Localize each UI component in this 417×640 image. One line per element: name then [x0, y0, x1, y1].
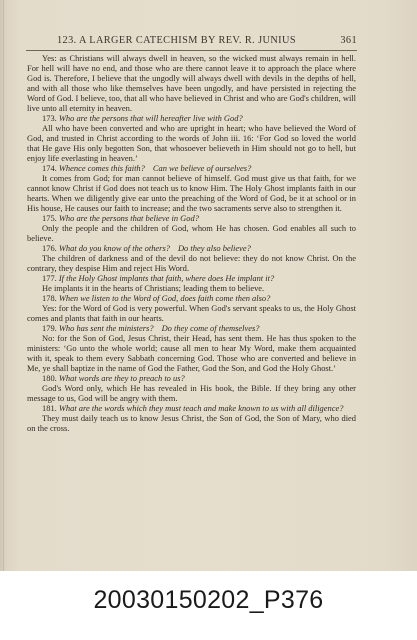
question-178: 178. When we listen to the Word of God, … — [27, 293, 356, 303]
question-number: 173. — [42, 113, 57, 123]
answer-paragraph: God's Word only, which He has revealed i… — [27, 383, 356, 403]
page-number: 361 — [340, 35, 357, 46]
question-text-secondary: Do they also believe? — [178, 243, 251, 253]
running-head-title: 123. A LARGER CATECHISM BY REV. R. JUNIU… — [57, 35, 296, 46]
page-body: Yes: as Christians will always dwell in … — [27, 53, 356, 433]
question-number: 181. — [42, 403, 57, 413]
question-text: When we listen to the Word of God, does … — [59, 293, 270, 303]
question-number: 174. — [42, 163, 57, 173]
question-174: 174. Whence comes this faith?Can we beli… — [27, 163, 356, 173]
question-176: 176. What do you know of the others?Do t… — [27, 243, 356, 253]
answer-paragraph: Yes: for the Word of God is very powerfu… — [27, 303, 356, 323]
question-173: 173. Who are the persons that will herea… — [27, 113, 356, 123]
question-number: 178. — [42, 293, 57, 303]
question-number: 176. — [42, 243, 57, 253]
answer-paragraph: He implants it in the hearts of Christia… — [27, 283, 356, 293]
question-number: 177. — [42, 273, 57, 283]
answer-paragraph: No: for the Son of God, Jesus Christ, th… — [27, 333, 356, 373]
question-text: What are the words which they must teach… — [59, 403, 344, 413]
question-text: Who are the persons that believe in God? — [59, 213, 199, 223]
question-179: 179. Who has sent the ministers?Do they … — [27, 323, 356, 333]
answer-paragraph: The children of darkness and of the devi… — [27, 253, 356, 273]
question-number: 175. — [42, 213, 57, 223]
running-header: 123. A LARGER CATECHISM BY REV. R. JUNIU… — [27, 35, 357, 49]
question-text-secondary: Do they come of themselves? — [162, 323, 260, 333]
answer-paragraph: Only the people and the children of God,… — [27, 223, 356, 243]
question-text: Who are the persons that will hereafter … — [59, 113, 243, 123]
question-175: 175. Who are the persons that believe in… — [27, 213, 356, 223]
question-number: 179. — [42, 323, 57, 333]
question-180: 180. What words are they to preach to us… — [27, 373, 356, 383]
question-text: What words are they to preach to us? — [59, 373, 185, 383]
page-edge-shadow — [3, 0, 4, 571]
question-text-secondary: Can we believe of ourselves? — [153, 163, 251, 173]
answer-paragraph: All who have been converted and who are … — [27, 123, 356, 163]
question-text: Who has sent the ministers? — [59, 323, 154, 333]
question-text: If the Holy Ghost implants that faith, w… — [59, 273, 274, 283]
question-181: 181. What are the words which they must … — [27, 403, 356, 413]
header-rule — [26, 50, 357, 51]
question-177: 177. If the Holy Ghost implants that fai… — [27, 273, 356, 283]
question-number: 180. — [42, 373, 57, 383]
scan-id-caption: 20030150202_P376 — [0, 586, 417, 615]
question-text: Whence comes this faith? — [59, 163, 145, 173]
answer-paragraph: Yes: as Christians will always dwell in … — [27, 53, 356, 113]
answer-paragraph: It comes from God; for man cannot believ… — [27, 173, 356, 213]
question-text: What do you know of the others? — [59, 243, 170, 253]
answer-paragraph: They must daily teach us to know Jesus C… — [27, 413, 356, 433]
scanned-page: 123. A LARGER CATECHISM BY REV. R. JUNIU… — [0, 0, 417, 571]
